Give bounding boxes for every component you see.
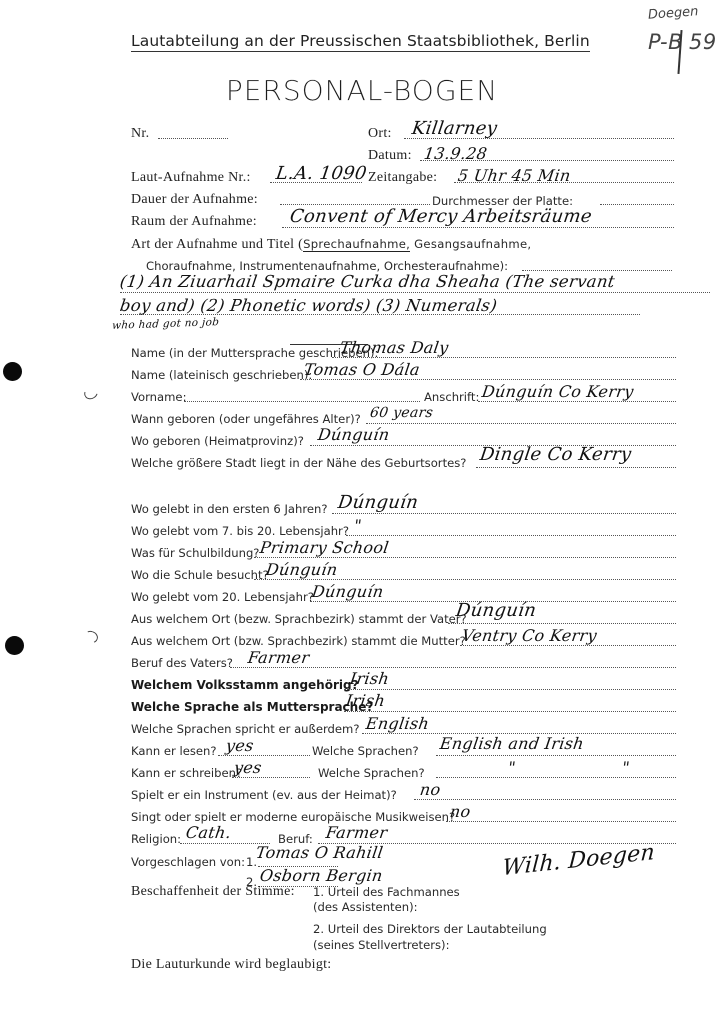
name-latin-field[interactable]: [300, 379, 676, 380]
volksstamm-label: Welchem Volksstamm angehörig?: [131, 678, 359, 692]
mutter-ort-value: Ventry Co Kerry: [461, 626, 599, 645]
mutter-ort-field[interactable]: [460, 645, 676, 646]
vorgeschlagen-value-1: Tomas O Rahill: [255, 843, 385, 862]
beruf-value: Farmer: [325, 823, 389, 842]
sprachen-label: Welche Sprachen spricht er außerdem?: [131, 722, 359, 736]
title-value-line2: boy and) (2) Phonetic words) (3) Numeral…: [119, 296, 499, 315]
title-field-line1[interactable]: [120, 292, 710, 293]
archive-annotation-name: Doegen: [648, 4, 699, 22]
raum-label: Raum der Aufnahme:: [131, 214, 257, 230]
wo-geboren-value: Dúnguín: [317, 425, 391, 444]
religion-value: Cath.: [185, 823, 233, 842]
schulbildung-field[interactable]: [254, 557, 676, 558]
datum-value: 13.9.28: [423, 144, 489, 163]
ort-value: Killarney: [411, 118, 499, 139]
muttersprache-label: Welche Sprache als Muttersprache?: [131, 700, 373, 714]
jahre6-value: Dúnguín: [337, 492, 420, 513]
durchmesser-field[interactable]: [600, 204, 674, 205]
vater-ort-value: Dúnguín: [455, 600, 538, 621]
punch-hole: [5, 636, 24, 655]
beruf-vater-value: Farmer: [247, 648, 311, 667]
jahre7-20-value: ": [353, 516, 363, 535]
musik-value: no: [449, 802, 472, 821]
anschrift-value: Dúnguín Co Kerry: [481, 382, 635, 401]
punch-mark: [82, 384, 100, 401]
stadt-value: Dingle Co Kerry: [479, 444, 633, 465]
ort-label: Ort:: [368, 126, 392, 142]
stadt-label: Welche größere Stadt liegt in der Nähe d…: [131, 456, 466, 470]
jahre6-label: Wo gelebt in den ersten 6 Jahren?: [131, 502, 328, 516]
beruf-vater-label: Beruf des Vaters?: [131, 656, 233, 670]
schreiben-label: Kann er schreiben?: [131, 766, 242, 780]
volksstamm-field[interactable]: [344, 689, 676, 690]
schreiben-field[interactable]: [232, 777, 310, 778]
schreiben-sprachen-field[interactable]: [436, 777, 676, 778]
musik-label: Singt oder spielt er moderne europäische…: [131, 810, 455, 824]
dauer-label: Dauer der Aufnahme:: [131, 192, 258, 208]
laut-nr-value: L.A. 1090: [275, 163, 369, 184]
art-label-line2: Choraufnahme, Instrumentenaufnahme, Orch…: [146, 259, 508, 273]
laut-nr-label: Laut-Aufnahme Nr.:: [131, 170, 251, 186]
vorname-label: Vorname:: [131, 390, 186, 404]
schreiben-sprachen-label: Welche Sprachen?: [318, 766, 425, 780]
anschrift-field[interactable]: [478, 401, 676, 402]
director-signature: Wilh. Doegen: [502, 840, 656, 881]
schule-value: Dúnguín: [265, 560, 339, 579]
lesen-sprachen-label: Welche Sprachen?: [312, 744, 419, 758]
schule-field[interactable]: [254, 579, 676, 580]
urteil-2-line2: (seines Stellvertreters):: [313, 938, 449, 952]
schulbildung-label: Was für Schulbildung?: [131, 546, 259, 560]
raum-field[interactable]: [282, 227, 674, 228]
art-label-sprechaufnahme: Sprechaufnahme,: [303, 237, 410, 252]
archive-code: P-B: [648, 30, 683, 54]
vater-ort-label: Aus welchem Ort (bezw. Sprachbezirk) sta…: [131, 612, 467, 626]
lesen-label: Kann er lesen?: [131, 744, 217, 758]
archive-number: 59: [689, 30, 717, 54]
vater-ort-field[interactable]: [448, 623, 676, 624]
stimme-label: Beschaffenheit der Stimme:: [131, 884, 295, 900]
title-note: who had got no job: [112, 316, 220, 332]
punch-mark: [82, 629, 99, 645]
art-label-line1: Art der Aufnahme und Titel (Sprechaufnah…: [131, 237, 531, 253]
lesen-field[interactable]: [218, 755, 310, 756]
urteil-2-line1: 2. Urteil des Direktors der Lautabteilun…: [313, 922, 547, 936]
archive-annotation-code: P-B59: [648, 30, 717, 54]
name-native-value: Thomas Daly: [339, 338, 450, 357]
religion-label: Religion:: [131, 832, 181, 846]
jahre7-20-label: Wo gelebt vom 7. bis 20. Lebensjahr?: [131, 524, 349, 538]
datum-label: Datum:: [368, 148, 412, 164]
lesen-sprachen-value: English and Irish: [439, 734, 586, 753]
urteil-1-line2: (des Assistenten):: [313, 900, 418, 914]
zeitangabe-label: Zeitangabe:: [368, 170, 437, 186]
instrument-field[interactable]: [414, 799, 676, 800]
name-native-field[interactable]: [332, 357, 676, 358]
form-title: PERSONAL-BOGEN: [0, 74, 724, 107]
muttersprache-field[interactable]: [344, 711, 676, 712]
ab20-label: Wo gelebt vom 20. Lebensjahr?: [131, 590, 314, 604]
geboren-value: 60 years: [369, 405, 434, 421]
urteil-1-line1: 1. Urteil des Fachmannes: [313, 885, 460, 899]
institution-header: Lautabteilung an der Preussischen Staats…: [131, 32, 590, 52]
anschrift-label: Anschrift:: [424, 390, 479, 404]
vorgeschlagen-value-2: Osborn Bergin: [259, 866, 384, 885]
nr-label: Nr.: [131, 126, 149, 142]
wo-geboren-label: Wo geboren (Heimatprovinz)?: [131, 434, 304, 448]
musik-field[interactable]: [446, 821, 676, 822]
raum-value: Convent of Mercy Arbeitsräume: [289, 206, 594, 227]
schreiben-value: yes: [233, 758, 263, 777]
schule-label: Wo die Schule besucht?: [131, 568, 269, 582]
lesen-value: yes: [225, 736, 255, 755]
muttersprache-value: Irish: [345, 691, 387, 710]
nr-field[interactable]: [158, 138, 228, 139]
lesen-sprachen-field[interactable]: [436, 755, 676, 756]
ab20-value: Dúnguín: [311, 582, 385, 601]
geboren-label: Wann geboren (oder ungefähres Alter)?: [131, 412, 361, 426]
punch-hole: [3, 362, 22, 381]
beruf-vater-field[interactable]: [230, 667, 676, 668]
jahre6-field[interactable]: [332, 513, 676, 514]
schreiben-sprachen-ditto-1: ": [507, 758, 517, 777]
name-latin-label: Name (lateinisch geschrieben):: [131, 368, 312, 382]
stadt-field[interactable]: [476, 467, 676, 468]
schulbildung-value: Primary School: [259, 538, 390, 557]
instrument-value: no: [419, 780, 442, 799]
name-latin-value: Tomas O Dála: [303, 360, 422, 379]
title-value-line1: (1) An Ziuarhail Spmaire Curka dha Sheah…: [119, 272, 617, 291]
art-label-suffix: Gesangsaufnahme,: [410, 237, 531, 251]
lauturkunde-label: Die Lauturkunde wird beglaubigt:: [131, 957, 332, 973]
dauer-field[interactable]: [280, 204, 430, 205]
jahre7-20-field[interactable]: [346, 535, 676, 536]
art-field[interactable]: [522, 270, 672, 271]
sprachen-value: English: [365, 714, 431, 733]
vorname-field[interactable]: [184, 401, 420, 402]
geboren-field[interactable]: [366, 423, 676, 424]
art-label-prefix: Art der Aufnahme und Titel (: [131, 237, 303, 252]
schreiben-sprachen-ditto-2: ": [621, 758, 631, 777]
mutter-ort-label: Aus welchem Ort (bzw. Sprachbezirk) stam…: [131, 634, 466, 648]
volksstamm-value: Irish: [349, 669, 391, 688]
zeitangabe-value: 5 Uhr 45 Min: [457, 166, 572, 185]
instrument-label: Spielt er ein Instrument (ev. aus der He…: [131, 788, 397, 802]
vorgeschlagen-label: Vorgeschlagen von:: [131, 855, 245, 869]
